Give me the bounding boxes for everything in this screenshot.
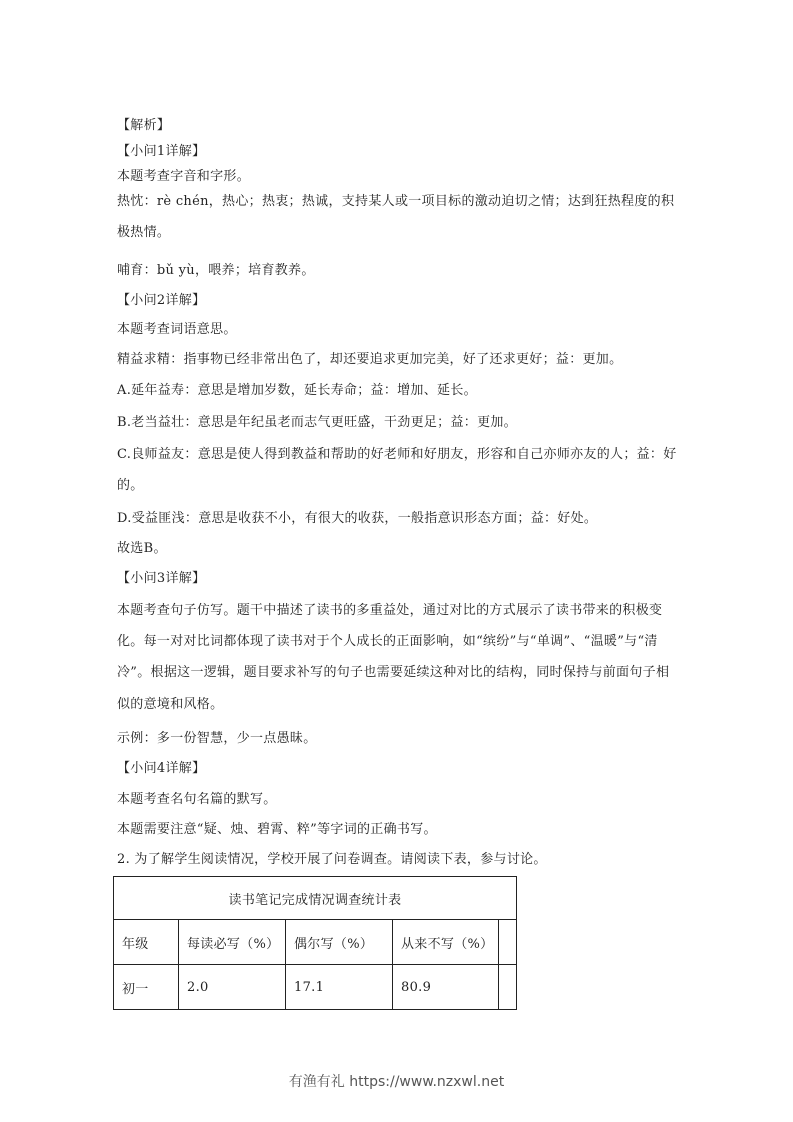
watermark-footer: 有渔有礼 https://www.nzxwl.net [0, 1071, 793, 1091]
table-header-cell [499, 920, 517, 965]
section-1-title: 【小问1详解】 [117, 143, 682, 160]
table-cell: 80.9 [393, 965, 499, 1010]
paragraph: 本题需要注意“疑、烛、碧霄、粹”等字词的正确书写。 [117, 821, 682, 838]
survey-table: 读书笔记完成情况调查统计表 年级 每读必写（%） 偶尔写（%） 从来不写（%） … [113, 876, 517, 1010]
table-cell [499, 965, 517, 1010]
table-header-cell: 偶尔写（%） [286, 920, 393, 965]
table-header-cell: 年级 [114, 920, 179, 965]
option-b: B.老当益壮：意思是年纪虽老而志气更旺盛，干劲更足；益：更加。 [117, 414, 682, 431]
section-4-title: 【小问4详解】 [117, 760, 682, 777]
paragraph: 本题考查名句名篇的默写。 [117, 791, 682, 808]
section-3-title: 【小问3详解】 [117, 570, 682, 587]
table-header-row: 年级 每读必写（%） 偶尔写（%） 从来不写（%） [114, 920, 517, 965]
question-2: 2. 为了解学生阅读情况，学校开展了问卷调查。请阅读下表，参与讨论。 [117, 851, 682, 868]
paragraph: 本题考查字音和字形。 [117, 168, 682, 185]
table-row: 初一 2.0 17.1 80.9 [114, 965, 517, 1010]
option-d: D.受益匪浅：意思是收获不小，有很大的收获，一般指意识形态方面；益：好处。 [117, 510, 682, 527]
table-title: 读书笔记完成情况调查统计表 [114, 877, 517, 920]
table-header-cell: 每读必写（%） [179, 920, 286, 965]
paragraph: 本题考查词语意思。 [117, 321, 682, 338]
paragraph: 哺育：bǔ yù，喂养；培育教养。 [117, 262, 682, 279]
paragraph: 热忱：rè chén，热心；热衷；热诚，支持某人或一项目标的激动迫切之情；达到狂… [117, 186, 682, 248]
paragraph: 精益求精：指事物已经非常出色了，却还要追求更加完美，好了还求更好；益：更加。 [117, 351, 682, 368]
analysis-heading: 【解析】 [117, 117, 682, 134]
example: 示例：多一份智慧，少一点愚昧。 [117, 730, 682, 747]
table-cell: 初一 [114, 965, 179, 1010]
paragraph: 本题考查句子仿写。题干中描述了读书的多重益处，通过对比的方式展示了读书带来的积极… [117, 595, 682, 720]
table-cell: 17.1 [286, 965, 393, 1010]
table-cell: 2.0 [179, 965, 286, 1010]
table-title-row: 读书笔记完成情况调查统计表 [114, 877, 517, 920]
section-2-title: 【小问2详解】 [117, 292, 682, 309]
option-c: C.良师益友：意思是使人得到教益和帮助的好老师和好朋友，形容和自己亦师亦友的人；… [117, 439, 682, 501]
table-header-cell: 从来不写（%） [393, 920, 499, 965]
answer: 故选B。 [117, 540, 682, 557]
option-a: A.延年益寿：意思是增加岁数，延长寿命；益：增加、延长。 [117, 382, 682, 399]
